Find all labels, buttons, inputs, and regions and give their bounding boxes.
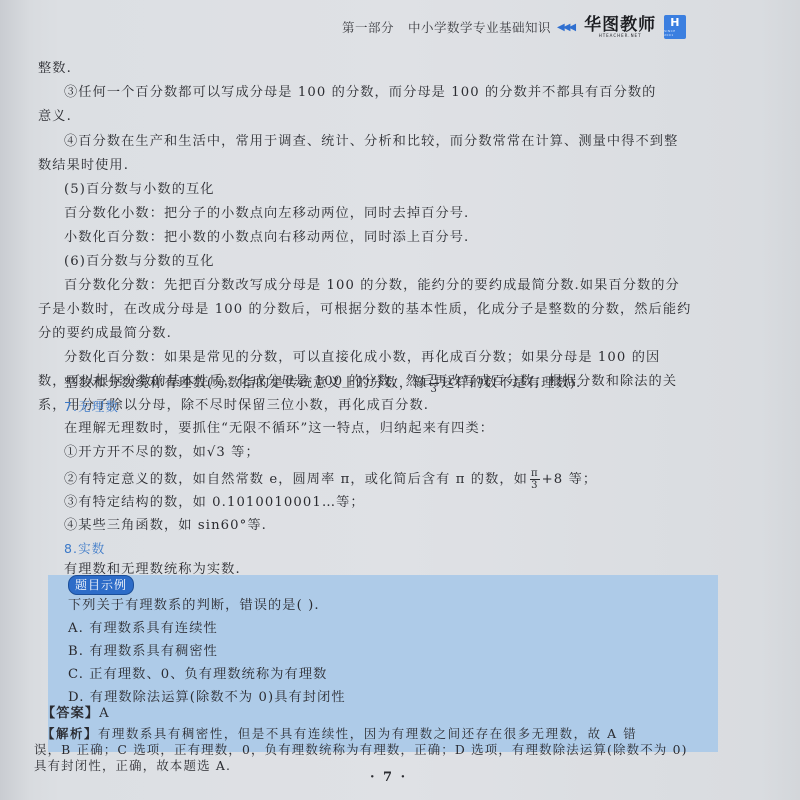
text-line: 百分数化小数：把分子的小数点向左移动两位，同时去掉百分号. [64,205,469,223]
analysis-text-1: 有理数系具有稠密性，但是不具有连续性，因为有理数之间还存在很多无理数，故 A 错 [98,726,637,741]
option-c: C. 正有理数、0、负有理数统称为有理数 [68,666,327,684]
section-8-title: 8.实数 [64,540,105,558]
text-line: 数结果时使用. [38,157,129,175]
denominator: 3 [531,480,538,491]
section-7-item-3: ③有特定结构的数，如 0.1010010001…等； [64,494,365,512]
s6-text-a: 整数和分数统称有理数(分数指的是传统意义上的分数，像 [64,376,427,391]
option-b: B. 有理数系具有稠密性 [68,643,218,661]
text-line: 小数化百分数：把小数的小数点向右移动两位，同时添上百分号. [64,229,469,247]
logo-icon: H SINCE 2001 [664,15,686,39]
text-line: 意义. [38,108,72,126]
numerator: π [429,372,439,384]
header-part: 第一部分 [342,18,394,36]
section-7-item-2: ②有特定意义的数，如自然常数 e，圆周率 π，或化简后含有 π 的数，如π3+8… [64,468,597,491]
brand-logo: 华图教师 HTEACHER.NET [584,17,656,38]
s7-i2-text-b: +8 等； [542,472,598,487]
s7-i2-text-a: ②有特定意义的数，如自然常数 e，圆周率 π，或化简后含有 π 的数，如 [64,472,528,487]
text-line: ④百分数在生产和生活中，常用于调查、统计、分析和比较，而分数常常在计算、测量中得… [64,133,678,151]
example-question: 下列关于有理数系的判断，错误的是( ). [68,597,320,615]
page-number: · 7 · [370,770,407,785]
section-7-item-4: ④某些三角函数，如 sin60°等. [64,517,267,535]
text-line: ③任何一个百分数都可以写成分母是 100 的分数，而分母是 100 的分数并不都… [64,84,656,102]
section-7-item-1: ①开方开不尽的数，如√3 等； [64,444,260,462]
answer-line: 【答案】A [42,705,110,723]
text-line: 百分数化分数：先把百分数改写成分母是 100 的分数，能约分的要约成最简分数.如… [64,277,680,295]
header-section: 中小学数学专业基础知识 [408,18,551,36]
s6-text-b: 这样的数不是有理数). [441,376,581,391]
analysis-line-3: 具有封闭性，正确，故本题选 A. [34,757,231,775]
answer-label: 【答案】 [42,706,99,721]
brand-name: 华图教师 [584,17,656,33]
answer-value: A [99,706,110,721]
text-line: 整数. [38,60,72,78]
logo-glyph: H [670,17,680,29]
example-badge: 题目示例 [68,575,134,595]
arrows-icon: ◀◀◀ [557,22,574,33]
text-line: 分的要约成最简分数. [38,325,172,343]
running-header: 第一部分 中小学数学专业基础知识 ◀◀◀ 华图教师 HTEACHER.NET H… [342,16,686,38]
text-line: 分数化百分数：如果是常见的分数，可以直接化成小数，再化成百分数；如果分母是 10… [64,349,660,367]
analysis-label: 【解析】 [42,726,98,741]
option-a: A. 有理数系具有连续性 [68,620,218,638]
section-7-title: 7.无理数 [64,398,119,416]
text-line: 子是小数时，在改成分母是 100 的分数后，可根据分数的基本性质，化成分子是整数… [38,301,691,319]
fraction: π3 [530,468,540,491]
denominator: 3 [431,384,438,395]
section-7-intro: 在理解无理数时，要抓住“无限不循环”这一特点，归纳起来有四类： [64,420,494,438]
brand-sub: HTEACHER.NET [599,33,642,38]
text-line: (6)百分数与分数的互化 [64,253,215,271]
section-6-text: 整数和分数统称有理数(分数指的是传统意义上的分数，像π3这样的数不是有理数). [64,372,581,395]
text-line: (5)百分数与小数的互化 [64,181,215,199]
logo-sub: SINCE 2001 [664,29,686,37]
fraction: π3 [429,372,439,395]
numerator: π [530,468,540,480]
